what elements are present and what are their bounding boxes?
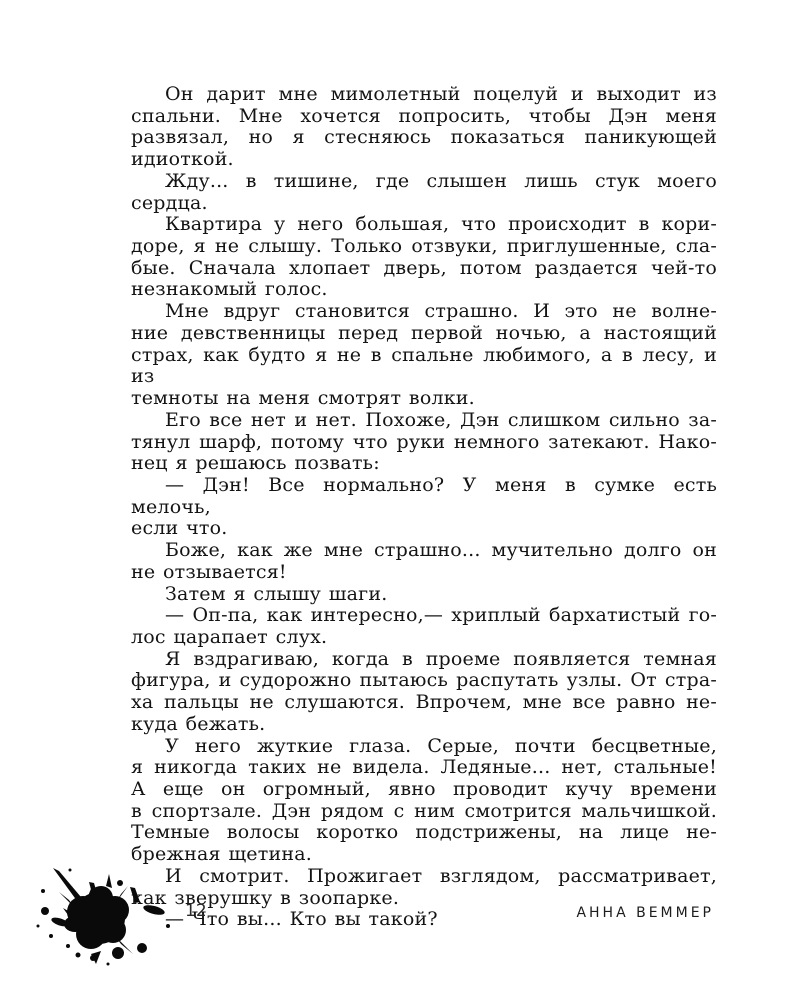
text-line: Мне вдруг становится страшно. И это не в… [131, 301, 717, 323]
text-line: фигура, и судорожно пытаюсь распутать уз… [131, 670, 717, 692]
text-line: темноты на меня смотрят волки. [131, 388, 717, 410]
text-line: развязал, но я стесняюсь показаться пани… [131, 127, 717, 149]
text-line: И смотрит. Прожигает взглядом, рассматри… [131, 866, 717, 888]
page-number: 12 [185, 901, 207, 921]
text-line: — Оп-па, как интересно,— хриплый бархати… [131, 605, 717, 627]
text-line: Затем я слышу шаги. [131, 584, 717, 606]
text-line: Боже, как же мне страшно... мучительно д… [131, 540, 717, 562]
text-line: брежная щетина. [131, 844, 717, 866]
text-line: — Дэн! Все нормально? У меня в сумке ест… [131, 475, 717, 518]
text-line: Квартира у него большая, что происходит … [131, 214, 717, 236]
running-title-author: АННА ВЕММЕР [576, 905, 714, 921]
text-line: нец я решаюсь позвать: [131, 453, 717, 475]
text-line: если что. [131, 518, 717, 540]
text-line: спальни. Мне хочется попросить, чтобы Дэ… [131, 106, 717, 128]
text-line: незнакомый голос. [131, 279, 717, 301]
body-text: Он дарит мне мимолетный поцелуй и выходи… [131, 84, 717, 931]
book-page: Он дарит мне мимолетный поцелуй и выходи… [0, 0, 800, 1000]
text-line: бые. Сначала хлопает дверь, потом раздае… [131, 258, 717, 280]
text-line: лос царапает слух. [131, 627, 717, 649]
text-line: ха пальцы не слушаются. Впрочем, мне все… [131, 692, 717, 714]
text-line: не отзывается! [131, 562, 717, 584]
text-line: Я вздрагиваю, когда в проеме появляется … [131, 649, 717, 671]
text-line: Темные волосы коротко подстрижены, на ли… [131, 822, 717, 844]
text-line: У него жуткие глаза. Серые, почти бесцве… [131, 736, 717, 758]
text-line: А еще он огромный, явно проводит кучу вр… [131, 779, 717, 801]
text-line: Его все нет и нет. Похоже, Дэн слишком с… [131, 410, 717, 432]
text-line: Жду... в тишине, где слышен лишь стук мо… [131, 171, 717, 193]
text-line: тянул шарф, потому что руки немного зате… [131, 432, 717, 454]
text-line: доре, я не слышу. Только отзвуки, приглу… [131, 236, 717, 258]
text-line: в спортзале. Дэн рядом с ним смотрится м… [131, 801, 717, 823]
text-line: сердца. [131, 193, 717, 215]
text-line: Он дарит мне мимолетный поцелуй и выходи… [131, 84, 717, 106]
ink-splatter-decoration [33, 856, 178, 968]
text-line: идиоткой. [131, 149, 717, 171]
text-line: страх, как будто я не в спальне любимого… [131, 345, 717, 388]
text-line: куда бежать. [131, 714, 717, 736]
text-line: ние девственницы перед первой ночью, а н… [131, 323, 717, 345]
text-line: я никогда таких не видела. Ледяные... не… [131, 757, 717, 779]
